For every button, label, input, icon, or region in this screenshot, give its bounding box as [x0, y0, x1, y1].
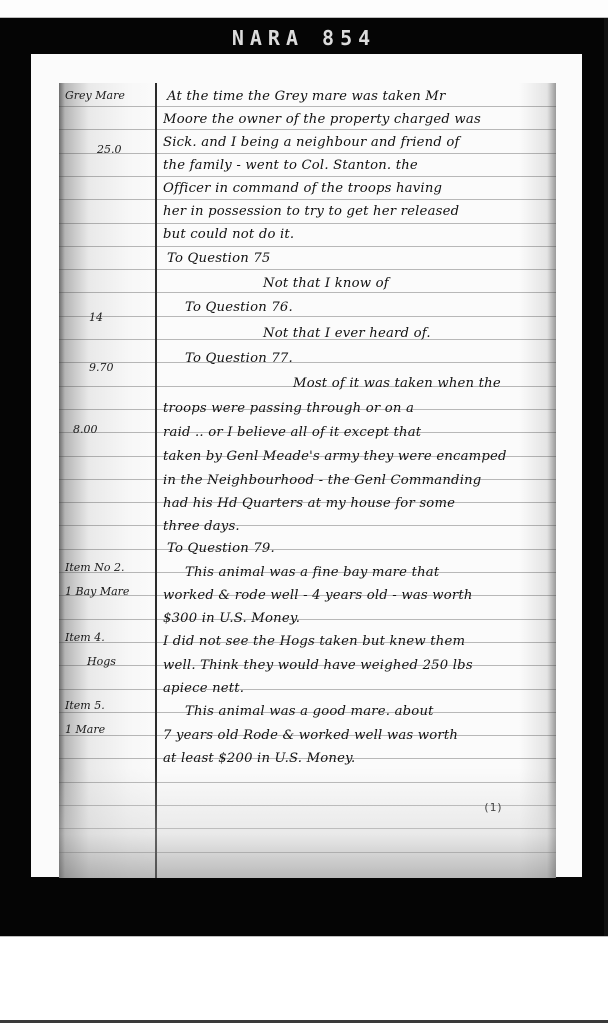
film-frame-label: NARA 854 — [0, 26, 608, 50]
ledger-page: Grey Mare 25.0 14 9.70 8.00 Item No 2. 1… — [59, 83, 556, 878]
text-line: To Question 79. — [163, 541, 555, 556]
margin-divider — [155, 83, 157, 878]
viewer-top-strip — [0, 0, 608, 18]
margin-note: Item No 2. — [65, 561, 153, 574]
text-line: apiece nett. — [163, 681, 551, 696]
text-line: To Question 75 — [163, 251, 555, 266]
text-line: raid .. or I believe all of it except th… — [163, 425, 551, 440]
text-line: Moore the owner of the property charged … — [163, 112, 551, 127]
text-line: three days. — [163, 519, 551, 534]
margin-note: Item 4. — [65, 631, 153, 644]
viewer-bottom-area — [0, 936, 608, 1021]
margin-column: Grey Mare 25.0 14 9.70 8.00 Item No 2. 1… — [59, 83, 155, 878]
text-line: Officer in command of the troops having — [163, 181, 551, 196]
text-line: Most of it was taken when the — [163, 376, 556, 391]
text-line: but could not do it. — [163, 227, 551, 242]
text-line: Not that I know of — [163, 276, 556, 291]
text-line: her in possession to try to get her rele… — [163, 204, 551, 219]
margin-note: 1 Bay Mare — [65, 585, 153, 598]
text-line: 7 years old Rode & worked well was worth — [163, 728, 551, 743]
text-line: Sick. and I being a neighbour and friend… — [163, 135, 551, 150]
text-line: in the Neighbourhood - the Genl Commandi… — [163, 473, 551, 488]
margin-note: 8.00 — [73, 423, 161, 436]
text-line: at least $200 in U.S. Money. — [163, 751, 551, 766]
text-line: To Question 77. — [163, 351, 556, 366]
margin-note: Grey Mare — [65, 89, 153, 102]
testimony-text: At the time the Grey mare was taken Mr M… — [163, 83, 551, 878]
text-line: taken by Genl Meade's army they were enc… — [163, 449, 551, 464]
text-line: troops were passing through or on a — [163, 401, 551, 416]
text-line: At the time the Grey mare was taken Mr — [163, 89, 555, 104]
margin-note: Item 5. — [65, 699, 153, 712]
text-line: had his Hd Quarters at my house for some — [163, 496, 551, 511]
text-line: This animal was a good mare. about — [163, 704, 556, 719]
text-line: Not that I ever heard of. — [163, 326, 556, 341]
text-line: To Question 76. — [163, 300, 556, 315]
text-line: the family - went to Col. Stanton. the — [163, 158, 551, 173]
margin-note: Hogs — [87, 655, 175, 668]
page-marker: (1) — [483, 801, 503, 814]
text-line: well. Think they would have weighed 250 … — [163, 658, 551, 673]
film-right-edge — [604, 18, 608, 936]
text-line: I did not see the Hogs taken but knew th… — [163, 634, 551, 649]
text-line: $300 in U.S. Money. — [163, 611, 551, 626]
text-line: This animal was a fine bay mare that — [163, 565, 556, 580]
margin-note: 1 Mare — [65, 723, 153, 736]
text-line: worked & rode well - 4 years old - was w… — [163, 588, 551, 603]
